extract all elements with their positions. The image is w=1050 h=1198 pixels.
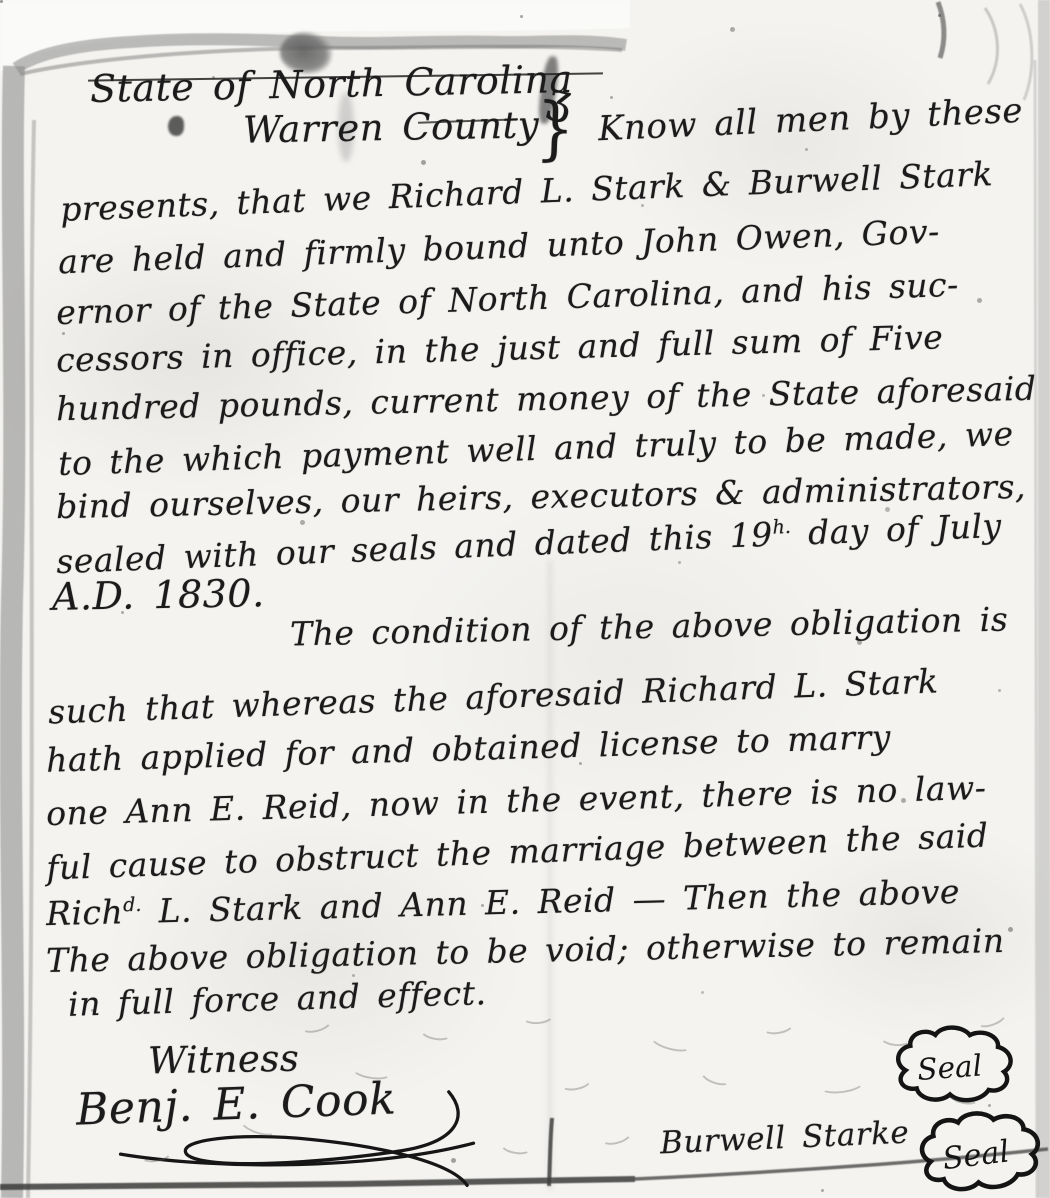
line-fragment: Rich — [46, 892, 124, 933]
seal-label: Seal — [916, 1049, 983, 1087]
line-fragment: day of July — [790, 506, 1002, 553]
line-county-heading: Warren County — [243, 103, 540, 151]
witness-label: Witness — [148, 1037, 300, 1083]
line-state-heading: State of North Carolina — [90, 57, 573, 111]
seal-label: Seal — [941, 1134, 1012, 1177]
line-date: A.D. 1830. — [52, 571, 265, 619]
brace-mark-large: } — [535, 88, 576, 170]
crease-mark — [547, 560, 553, 1190]
handwritten-line: The condition of the above obligation is — [290, 599, 1009, 653]
superscript-fragment: d. — [123, 893, 142, 916]
handwritten-line: The above obligation to be void; otherwi… — [46, 921, 1005, 980]
line-opening: Know all men by these — [597, 91, 1023, 150]
handwritten-line: in full force and effect. — [68, 973, 487, 1024]
document-page: State of North Carolina Warren County ʒ … — [0, 0, 1050, 1198]
ink-spot — [168, 116, 184, 136]
signature-flourish — [66, 1090, 496, 1198]
seal-scrawl: Seal — [910, 1109, 1046, 1198]
principal-signature: Burwell Starke — [659, 1115, 910, 1162]
superscript-fragment: h. — [772, 515, 791, 539]
paper-speckles — [0, 0, 3, 3]
line-fragment: sealed with our seals and dated this 19 — [56, 515, 774, 581]
